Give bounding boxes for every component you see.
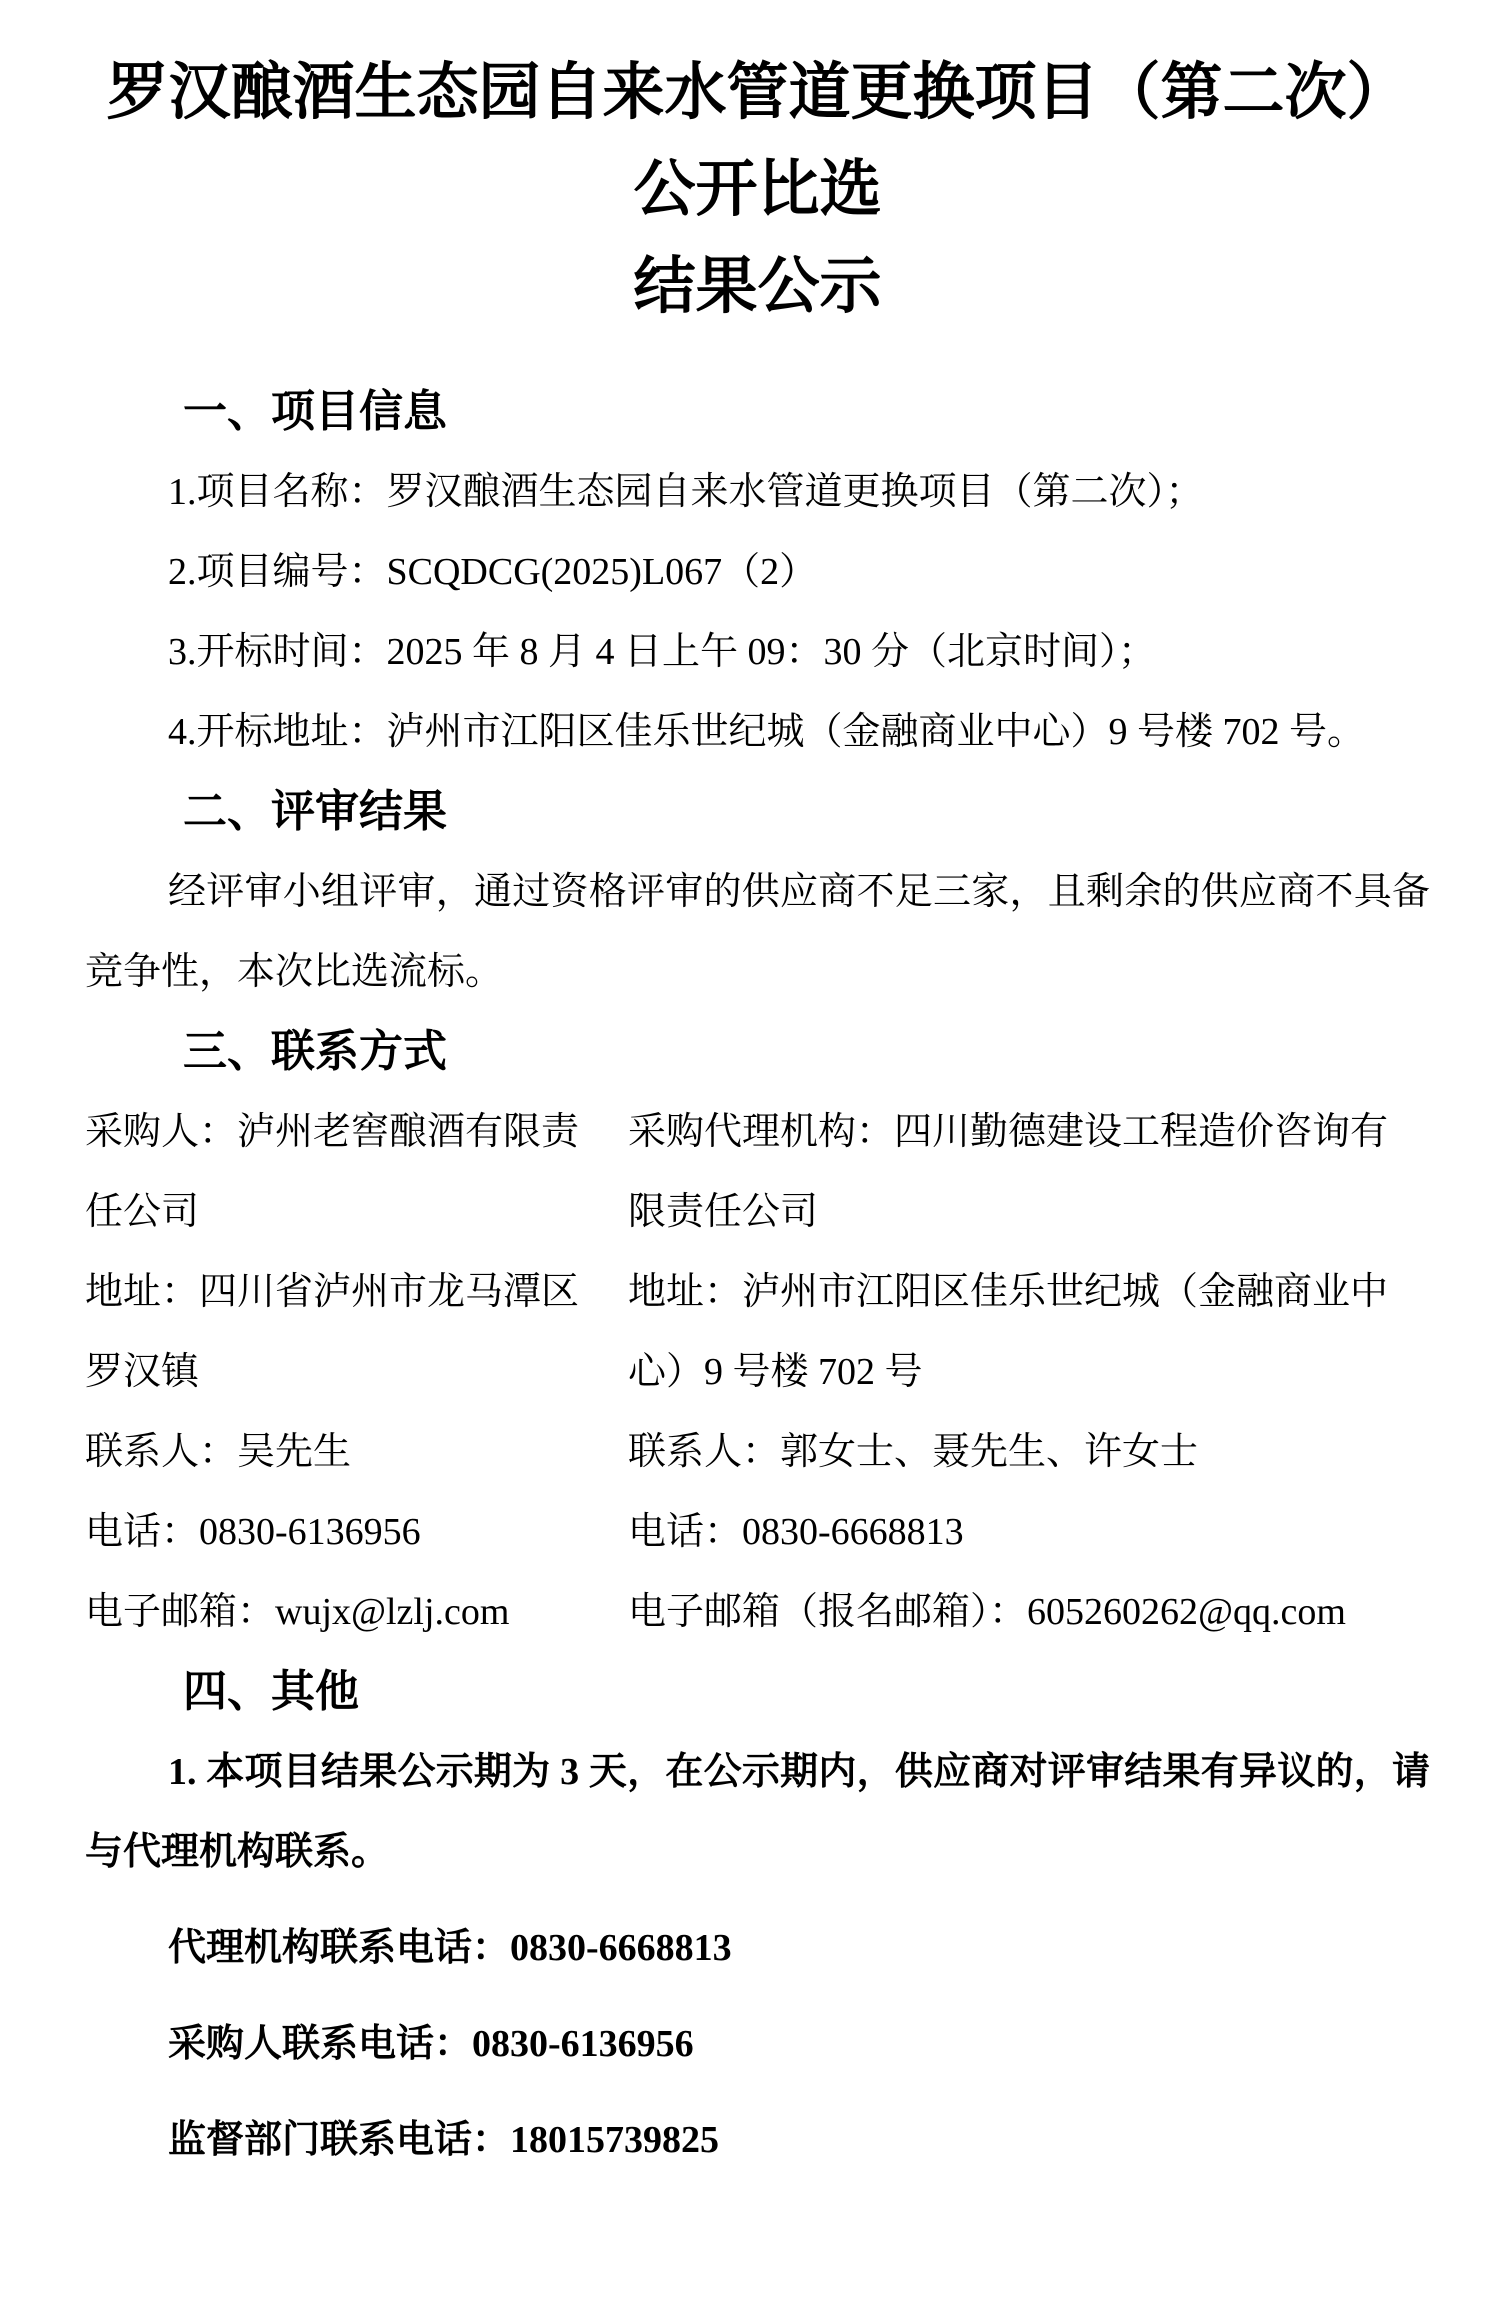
- announcement-page: 罗汉酿酒生态园自来水管道更换项目（第二次） 公开比选 结果公示 一、项目信息 1…: [0, 0, 1500, 2305]
- supervisor-contact-phone-line: 监督部门联系电话：18015739825: [85, 2100, 1430, 2180]
- section-heading-contact-info: 三、联系方式: [85, 1012, 1430, 1092]
- agency-contact-phone-line: 代理机构联系电话：0830-6668813: [85, 1908, 1430, 1988]
- document-title: 罗汉酿酒生态园自来水管道更换项目（第二次） 公开比选 结果公示: [85, 45, 1430, 336]
- review-result-paragraph: 经评审小组评审，通过资格评审的供应商不足三家，且剩余的供应商不具备竞争性，本次比…: [85, 852, 1430, 1012]
- buyer-contact-column: 采购人：泸州老窖酿酒有限责任公司 地址：四川省泸州市龙马潭区罗汉镇 联系人：吴先…: [85, 1092, 605, 1652]
- contact-table: 采购人：泸州老窖酿酒有限责任公司 地址：四川省泸州市龙马潭区罗汉镇 联系人：吴先…: [85, 1092, 1430, 1652]
- agency-phone: 电话：0830-6668813: [628, 1492, 1418, 1572]
- title-line-1: 罗汉酿酒生态园自来水管道更换项目（第二次）: [85, 45, 1430, 142]
- bid-opening-time-item: 3.开标时间：2025 年 8 月 4 日上午 09：30 分（北京时间）；: [85, 612, 1430, 692]
- section-heading-review-result: 二、评审结果: [85, 772, 1430, 852]
- agency-contact-column: 采购代理机构：四川勤德建设工程造价咨询有限责任公司 地址：泸州市江阳区佳乐世纪城…: [628, 1092, 1418, 1652]
- project-number-item: 2.项目编号：SCQDCG(2025)L067（2）: [85, 532, 1430, 612]
- title-line-3: 结果公示: [85, 239, 1430, 336]
- buyer-email: 电子邮箱：wujx@lzlj.com: [85, 1572, 605, 1652]
- buyer-address: 地址：四川省泸州市龙马潭区罗汉镇: [85, 1252, 605, 1412]
- section-heading-other: 四、其他: [85, 1652, 1430, 1732]
- project-name-item: 1.项目名称：罗汉酿酒生态园自来水管道更换项目（第二次）；: [85, 452, 1430, 532]
- title-line-2: 公开比选: [85, 142, 1430, 239]
- agency-name: 采购代理机构：四川勤德建设工程造价咨询有限责任公司: [628, 1092, 1418, 1252]
- bid-opening-address-item: 4.开标地址：泸州市江阳区佳乐世纪城（金融商业中心）9 号楼 702 号。: [85, 692, 1430, 772]
- agency-email: 电子邮箱（报名邮箱）：605260262@qq.com: [628, 1572, 1418, 1652]
- buyer-name: 采购人：泸州老窖酿酒有限责任公司: [85, 1092, 605, 1252]
- publicity-period-paragraph: 1. 本项目结果公示期为 3 天，在公示期内，供应商对评审结果有异议的，请与代理…: [85, 1732, 1430, 1892]
- buyer-contact-phone-line: 采购人联系电话：0830-6136956: [85, 2004, 1430, 2084]
- agency-contact-person: 联系人：郭女士、聂先生、许女士: [628, 1412, 1418, 1492]
- section-heading-project-info: 一、项目信息: [85, 372, 1430, 452]
- buyer-contact-person: 联系人：吴先生: [85, 1412, 605, 1492]
- agency-address: 地址：泸州市江阳区佳乐世纪城（金融商业中心）9 号楼 702 号: [628, 1252, 1418, 1412]
- buyer-phone: 电话：0830-6136956: [85, 1492, 605, 1572]
